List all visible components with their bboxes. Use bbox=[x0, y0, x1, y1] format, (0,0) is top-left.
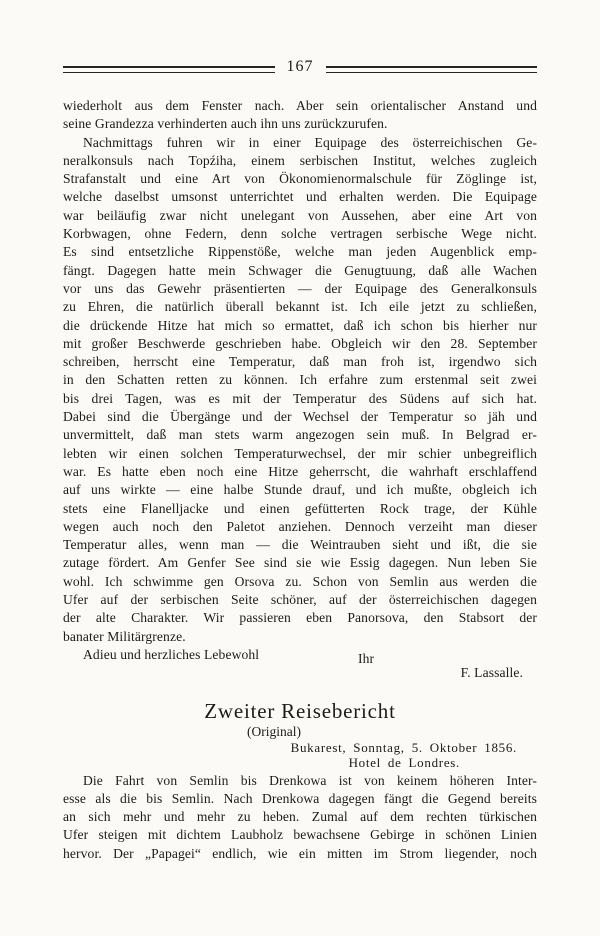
head-rule-left bbox=[63, 66, 275, 73]
report-text-line: Die Fahrt von Semlin bis Drenkowa ist vo… bbox=[63, 772, 537, 790]
letter-paragraph-2: Nachmittags fuhren wir in einer Equipage… bbox=[63, 134, 537, 646]
letter-text-line: die drückende Hitze hat mich so ermattet… bbox=[63, 317, 537, 335]
letter-text-line: Dabei sind die Übergänge und der Wechsel… bbox=[63, 408, 537, 426]
letter-text-line: banater Militärgrenze. bbox=[63, 628, 537, 646]
letter-text-line: vor uns das Gewehr präsentierten — der E… bbox=[63, 280, 537, 298]
letter-text-line: lebten wir einen solchen Temperaturwechs… bbox=[63, 445, 537, 463]
letter-text-line: mit großer Beschwerde geschrieben habe. … bbox=[63, 335, 537, 353]
letter-text-line: seine Grandezza verhinderten auch ihn un… bbox=[63, 115, 537, 133]
report-location: Hotel de Londres. bbox=[63, 755, 537, 770]
letter-text-line: Temperatur alles, wenn man — die Weintra… bbox=[63, 536, 537, 554]
report-text-line: Ufer steigen mit dichtem Laubholz bewach… bbox=[63, 826, 537, 844]
running-head: 167 bbox=[63, 58, 537, 80]
closing-farewell: Adieu und herzliches Lebewohl bbox=[63, 647, 259, 662]
letter-text-line: zutage fördert. Am Genfer See sind sie w… bbox=[63, 554, 537, 572]
letter-text-line: zu Ehren, die natürlich überall bekannt … bbox=[63, 298, 537, 316]
letter-text-line: unvermittelt, daß man stets warm angezog… bbox=[63, 426, 537, 444]
letter-text-line: wiederholt aus dem Fenster nach. Aber se… bbox=[63, 97, 537, 115]
letter-paragraph-1: wiederholt aus dem Fenster nach. Aber se… bbox=[63, 97, 537, 134]
letter-text-line: war. Es hatte eben noch eine Hitze geher… bbox=[63, 463, 537, 481]
report-text-line: an sich mehr und mehr zu heben. Zumal au… bbox=[63, 808, 537, 826]
report-subtitle: (Original) bbox=[37, 723, 511, 740]
letter-text-line: Strafanstalt und eine Art von Ökonomieno… bbox=[63, 170, 537, 188]
letter-text-line: Nachmittags fuhren wir in einer Equipage… bbox=[63, 134, 537, 152]
letter-text-line: schreiben, herrscht eine Temperatur, daß… bbox=[63, 353, 537, 371]
letter-text-line: stets eine Flanelljacke und einen gefütt… bbox=[63, 500, 537, 518]
letter-text-line: war beiläufig zwar nicht unelegant von A… bbox=[63, 207, 537, 225]
report-paragraph-1: Die Fahrt von Semlin bis Drenkowa ist vo… bbox=[63, 772, 537, 863]
report-title: Zweiter Reisebericht bbox=[63, 699, 537, 723]
letter-text-line: Korbwagen, ohne Federn, denn solche vert… bbox=[63, 225, 537, 243]
letter-text: wiederholt aus dem Fenster nach. Aber se… bbox=[63, 97, 537, 683]
letter-text-line: fängt. Dagegen hatte mein Schwager die G… bbox=[63, 262, 537, 280]
page-number: 167 bbox=[275, 57, 326, 77]
book-page: 167 wiederholt aus dem Fenster nach. Abe… bbox=[0, 0, 600, 936]
letter-text-line: auf uns wirkte — eine halbe Stunde drauf… bbox=[63, 481, 537, 499]
letter-text-line: wegen auch noch den Paletot anziehen. De… bbox=[63, 518, 537, 536]
letter-text-line: neralkonsuls nach Topźiha, einem serbisc… bbox=[63, 152, 537, 170]
closing-signoff: Ihr bbox=[358, 650, 374, 668]
letter-closing-row: Adieu und herzliches Lebewohl Ihr bbox=[63, 646, 537, 664]
letter-text-line: wohl. Ich schwimme gen Orsova zu. Schon … bbox=[63, 573, 537, 591]
letter-text-line: bis drei Tagen, was es mit der Temperatu… bbox=[63, 390, 537, 408]
report-text: Die Fahrt von Semlin bis Drenkowa ist vo… bbox=[63, 772, 537, 863]
head-rule-right bbox=[326, 66, 538, 73]
letter-text-line: Ufer auf der serbischen Seite schöner, a… bbox=[63, 591, 537, 609]
letter-text-line: welche daselbst umsonst unterrichtet und… bbox=[63, 188, 537, 206]
report-dateline: Bukarest, Sonntag, 5. Oktober 1856. bbox=[63, 740, 537, 755]
report-text-line: hervor. Der „Papagei“ endlich, wie ein m… bbox=[63, 845, 537, 863]
report-heading: Zweiter Reisebericht (Original) Bukarest… bbox=[63, 699, 537, 770]
signature-line: F. Lassalle. bbox=[63, 664, 537, 682]
letter-text-line: in den Schatten retten zu können. Ich er… bbox=[63, 371, 537, 389]
report-text-line: esse als die bis Semlin. Nach Drenkowa d… bbox=[63, 790, 537, 808]
letter-text-line: der alte Charakter. Wir passieren eben P… bbox=[63, 609, 537, 627]
letter-text-line: Es sind entsetzliche Rippenstöße, welche… bbox=[63, 243, 537, 261]
